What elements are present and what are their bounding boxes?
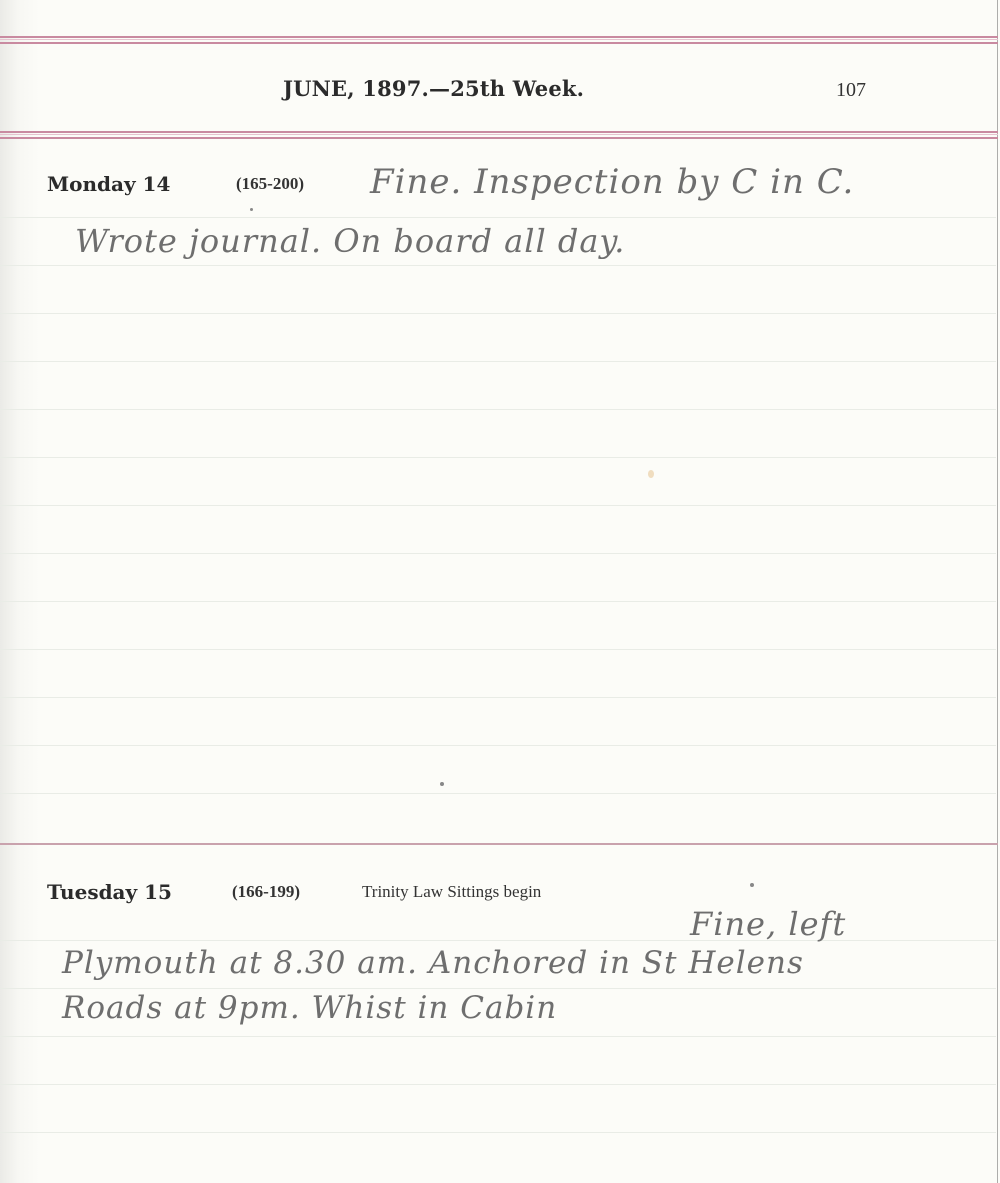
paper-stain	[648, 470, 654, 478]
handwritten-line: Fine. Inspection by C in C.	[370, 162, 854, 202]
day-numbers: (166-199)	[232, 882, 300, 902]
ruled-line	[0, 505, 996, 506]
paper-speck	[440, 782, 444, 786]
ruled-line	[0, 361, 996, 362]
ruled-line	[0, 745, 996, 746]
paper-speck	[250, 208, 253, 211]
ruled-line	[0, 313, 996, 314]
handwritten-line: Plymouth at 8.30 am. Anchored in St Hele…	[62, 945, 804, 981]
ruled-line	[0, 793, 996, 794]
ruled-line	[0, 1132, 996, 1133]
day-numbers: (165-200)	[236, 174, 304, 194]
ruled-line	[0, 217, 996, 218]
paper-speck	[750, 883, 754, 887]
page-title: JUNE, 1897.—25th Week.	[283, 76, 584, 101]
diary-page: JUNE, 1897.—25th Week. 107 Monday 14 (16…	[0, 0, 1000, 1183]
ruled-line	[0, 265, 996, 266]
ruled-line	[0, 457, 996, 458]
day-divider	[0, 843, 998, 845]
ruled-line	[0, 988, 996, 989]
page-number: 107	[836, 79, 866, 102]
page-edge	[997, 0, 998, 1183]
handwritten-line: Wrote journal. On board all day.	[75, 222, 625, 260]
ruled-line	[0, 409, 996, 410]
ruled-line	[0, 697, 996, 698]
ruled-line	[0, 1084, 996, 1085]
ruled-line	[0, 601, 996, 602]
printed-note: Trinity Law Sittings begin	[362, 882, 541, 902]
day-label: Monday 14	[47, 172, 170, 196]
ruled-line	[0, 649, 996, 650]
handwritten-line: Roads at 9pm. Whist in Cabin	[62, 990, 557, 1026]
header-bottom-rule	[0, 131, 998, 139]
day-label: Tuesday 15	[47, 880, 172, 904]
ruled-line	[0, 1036, 996, 1037]
header-top-rule	[0, 36, 998, 44]
handwritten-line: Fine, left	[690, 905, 846, 943]
ruled-line	[0, 940, 996, 941]
ruled-line	[0, 553, 996, 554]
